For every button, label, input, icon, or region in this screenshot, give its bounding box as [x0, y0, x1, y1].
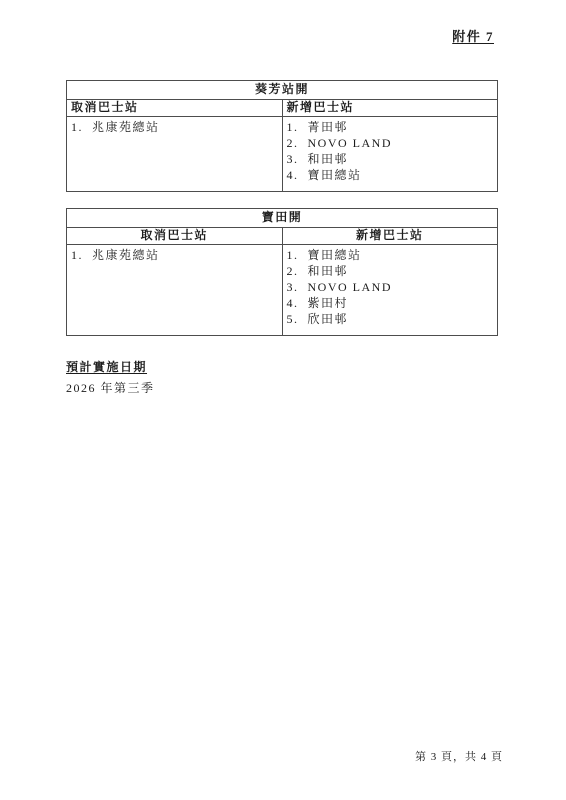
bus-stop-item: 4. 紫田村 — [287, 295, 494, 311]
bus-stop-item: 3. 和田邨 — [287, 151, 494, 167]
document-content: 葵芳站開 取消巴士站 新增巴士站 1. 兆康苑總站 1. 菁田邨2. NOVO … — [66, 80, 498, 396]
cancelled-stops-cell: 1. 兆康苑總站 — [67, 117, 283, 192]
implementation-date-heading: 預計實施日期 — [66, 358, 498, 375]
column-header-cancelled-stops: 取消巴士站 — [67, 228, 283, 245]
table-header-row: 取消巴士站 新增巴士站 — [67, 228, 498, 245]
bus-stop-item: 2. 和田邨 — [287, 263, 494, 279]
document-page: 附件 7 葵芳站開 取消巴士站 新增巴士站 1. 兆康苑總站 1. 菁田邨2. … — [0, 0, 566, 800]
table-header-row: 取消巴士站 新增巴士站 — [67, 100, 498, 117]
column-header-added-stops: 新增巴士站 — [282, 228, 498, 245]
bus-stop-item: 3. NOVO LAND — [287, 279, 494, 295]
bus-stop-item: 1. 兆康苑總站 — [71, 247, 278, 263]
bus-stop-item: 2. NOVO LAND — [287, 135, 494, 151]
column-header-cancelled-stops: 取消巴士站 — [67, 100, 283, 117]
cancelled-stops-cell: 1. 兆康苑總站 — [67, 245, 283, 336]
po-tin-departure-table: 寶田開 取消巴士站 新增巴士站 1. 兆康苑總站 1. 寶田總站2. 和田邨3.… — [66, 208, 498, 336]
column-header-added-stops: 新增巴士站 — [282, 100, 498, 117]
implementation-date-value: 2026 年第三季 — [66, 379, 498, 396]
table-title: 葵芳站開 — [67, 81, 498, 100]
bus-stop-item: 4. 寶田總站 — [287, 167, 494, 183]
annex-label: 附件 7 — [452, 26, 494, 45]
added-stops-cell: 1. 菁田邨2. NOVO LAND3. 和田邨4. 寶田總站 — [282, 117, 498, 192]
table-body-row: 1. 兆康苑總站 1. 菁田邨2. NOVO LAND3. 和田邨4. 寶田總站 — [67, 117, 498, 192]
table-body-row: 1. 兆康苑總站 1. 寶田總站2. 和田邨3. NOVO LAND4. 紫田村… — [67, 245, 498, 336]
bus-stop-item: 1. 菁田邨 — [287, 119, 494, 135]
table-title-row: 寶田開 — [67, 209, 498, 228]
added-stops-cell: 1. 寶田總站2. 和田邨3. NOVO LAND4. 紫田村5. 欣田邨 — [282, 245, 498, 336]
table-title: 寶田開 — [67, 209, 498, 228]
kwai-fong-departure-table: 葵芳站開 取消巴士站 新增巴士站 1. 兆康苑總站 1. 菁田邨2. NOVO … — [66, 80, 498, 192]
bus-stop-item: 5. 欣田邨 — [287, 311, 494, 327]
table-title-row: 葵芳站開 — [67, 81, 498, 100]
page-number: 第 3 頁，共 4 頁 — [415, 748, 503, 764]
bus-stop-item: 1. 兆康苑總站 — [71, 119, 278, 135]
bus-stop-item: 1. 寶田總站 — [287, 247, 494, 263]
